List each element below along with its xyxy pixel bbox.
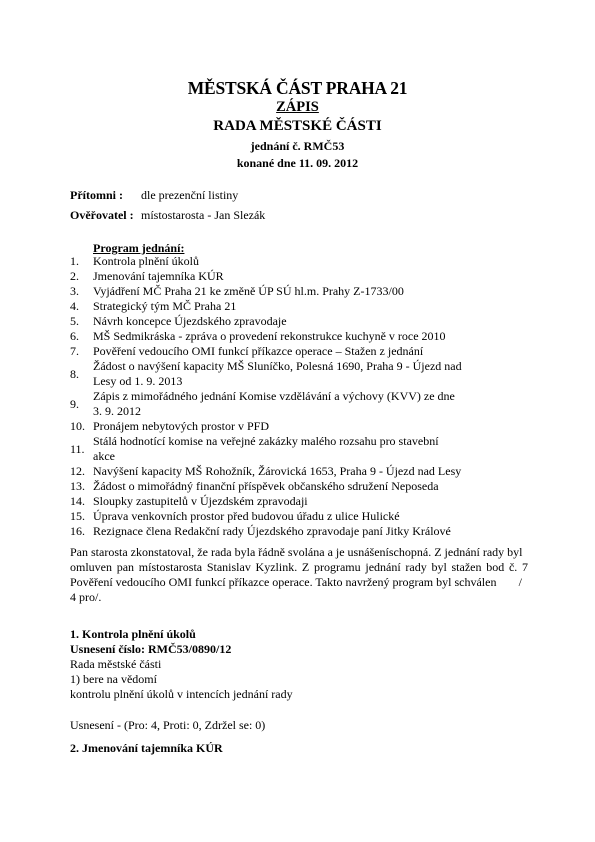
program-item-number: 4. <box>70 299 79 314</box>
program-item: 12.Navýšení kapacity MŠ Rohožník, Žárovi… <box>70 464 540 479</box>
program-item-text: Pověření vedoucího OMI funkcí příkazce o… <box>93 344 463 359</box>
municipality-title: MĚSTSKÁ ČÁST PRAHA 21 <box>0 78 595 99</box>
attendance-present: Přítomni :dle prezenční listiny <box>70 188 238 203</box>
verifier-label: Ověřovatel : <box>70 208 141 223</box>
program-item-text: Úprava venkovních prostor před budovou ú… <box>93 509 463 524</box>
program-item: 3.Vyjádření MČ Praha 21 ke změně ÚP SÚ h… <box>70 284 540 299</box>
program-item: 2.Jmenování tajemníka KÚR <box>70 269 540 284</box>
program-item: 8.Žádost o navýšení kapacity MŠ Sluníčko… <box>70 359 540 389</box>
program-item: 9.Zápis z mimořádného jednání Komise vzd… <box>70 389 540 419</box>
verifier-value: místostarosta - Jan Slezák <box>141 208 265 222</box>
program-item: 6.MŠ Sedmikráska - zpráva o provedení re… <box>70 329 540 344</box>
program-item-text: Stálá hodnotící komise na veřejné zakázk… <box>93 434 463 464</box>
program-item: 16.Rezignace člena Redakční rady Újezdsk… <box>70 524 540 539</box>
program-item-number: 5. <box>70 314 79 329</box>
program-item-number: 10. <box>70 419 85 434</box>
program-item-text: Sloupky zastupitelů v Újezdském zpravoda… <box>93 494 463 509</box>
program-item: 4.Strategický tým MČ Praha 21 <box>70 299 540 314</box>
document-type: ZÁPIS <box>0 99 595 116</box>
program-item-text: Vyjádření MČ Praha 21 ke změně ÚP SÚ hl.… <box>93 284 463 299</box>
program-item-text: MŠ Sedmikráska - zpráva o provedení reko… <box>93 329 463 344</box>
program-item-number: 16. <box>70 524 85 539</box>
program-item-number: 15. <box>70 509 85 524</box>
program-item-text: Žádost o mimořádný finanční příspěvek ob… <box>93 479 463 494</box>
paragraph-line-text: Pověření vedoucího OMI funkcí příkazce o… <box>70 575 496 590</box>
program-item-text: Návrh koncepce Újezdského zpravodaje <box>93 314 463 329</box>
program-item-text: Žádost o navýšení kapacity MŠ Sluníčko, … <box>93 359 463 389</box>
program-item: 10.Pronájem nebytových prostor v PFD <box>70 419 540 434</box>
program-item-text: Zápis z mimořádného jednání Komise vzděl… <box>93 389 463 419</box>
resolution-detail: kontrolu plnění úkolů v intencích jednán… <box>70 687 293 702</box>
program-item-number: 11. <box>70 434 85 464</box>
attendance-verifier: Ověřovatel :místostarosta - Jan Slezák <box>70 208 265 223</box>
paragraph-line: omluven pan místostarosta Stanislav Kyzl… <box>70 560 528 575</box>
resolution-action: 1) bere na vědomí <box>70 672 293 687</box>
program-item-number: 7. <box>70 344 79 359</box>
program-item-text: Rezignace člena Redakční rady Újezdského… <box>93 524 463 539</box>
program-item: 13.Žádost o mimořádný finanční příspěvek… <box>70 479 540 494</box>
program-item-text: Jmenování tajemníka KÚR <box>93 269 463 284</box>
program-item-number: 12. <box>70 464 85 479</box>
program-item-number: 1. <box>70 254 79 269</box>
section-heading: 1. Kontrola plnění úkolů <box>70 627 293 642</box>
program-item-number: 9. <box>70 389 79 419</box>
program-item-text: Kontrola plnění úkolů <box>93 254 463 269</box>
program-item-number: 8. <box>70 359 79 389</box>
program-item-text: Pronájem nebytových prostor v PFD <box>93 419 463 434</box>
section-1: 1. Kontrola plnění úkolů Usnesení číslo:… <box>70 627 293 733</box>
resolution-body: Rada městské části <box>70 657 293 672</box>
program-item: 15.Úprava venkovních prostor před budovo… <box>70 509 540 524</box>
resolution-vote: Usnesení - (Pro: 4, Proti: 0, Zdržel se:… <box>70 718 293 733</box>
program-item: 11.Stálá hodnotící komise na veřejné zak… <box>70 434 540 464</box>
opening-paragraph: Pan starosta zkonstatoval, že rada byla … <box>70 545 528 605</box>
meeting-date: konané dne 11. 09. 2012 <box>0 156 595 171</box>
paragraph-line: Pověření vedoucího OMI funkcí příkazce o… <box>70 575 528 590</box>
paragraph-line: Pan starosta zkonstatoval, že rada byla … <box>70 545 528 560</box>
present-label: Přítomni : <box>70 188 141 203</box>
program-item-text: Navýšení kapacity MŠ Rohožník, Žárovická… <box>93 464 463 479</box>
paragraph-line: 4 pro/. <box>70 590 528 605</box>
program-item: 14.Sloupky zastupitelů v Újezdském zprav… <box>70 494 540 509</box>
program-item: 7.Pověření vedoucího OMI funkcí příkazce… <box>70 344 540 359</box>
program-item-text: Strategický tým MČ Praha 21 <box>93 299 463 314</box>
meeting-number: jednání č. RMČ53 <box>0 139 595 154</box>
program-item-number: 2. <box>70 269 79 284</box>
program-list: 1.Kontrola plnění úkolů2.Jmenování tajem… <box>70 254 540 539</box>
program-item-number: 14. <box>70 494 85 509</box>
program-item: 5.Návrh koncepce Újezdského zpravodaje <box>70 314 540 329</box>
council-name: RADA MĚSTSKÉ ČÁSTI <box>0 118 595 135</box>
program-item-number: 6. <box>70 329 79 344</box>
paragraph-line-tail: / <box>519 575 522 590</box>
program-item-number: 3. <box>70 284 79 299</box>
program-item: 1.Kontrola plnění úkolů <box>70 254 540 269</box>
section-2-heading: 2. Jmenování tajemníka KÚR <box>70 741 223 756</box>
present-value: dle prezenční listiny <box>141 188 238 202</box>
resolution-number: Usnesení číslo: RMČ53/0890/12 <box>70 642 293 657</box>
program-item-number: 13. <box>70 479 85 494</box>
